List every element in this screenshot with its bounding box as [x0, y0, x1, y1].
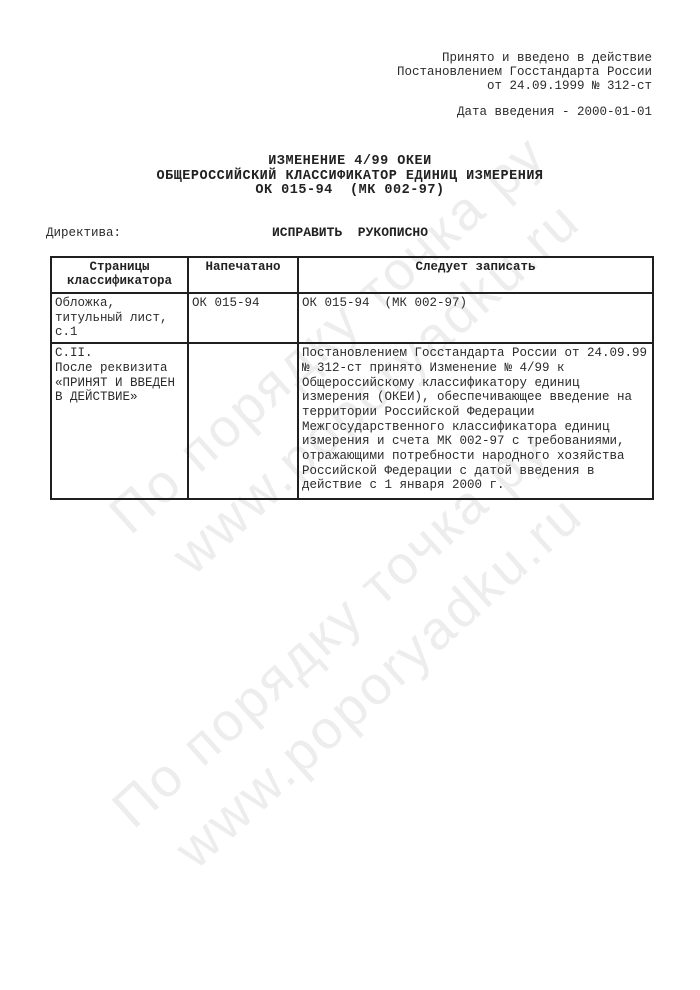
table-row: С.II. После реквизита «ПРИНЯТ И ВВЕДЕН В…	[51, 343, 653, 499]
cell-should-write: ОК 015-94 (МК 002-97)	[298, 293, 653, 343]
cell-should-write: Постановлением Госстандарта России от 24…	[298, 343, 653, 499]
acceptance-note: Принято и введено в действие Постановлен…	[397, 51, 652, 93]
table-header-should-write: Следует записать	[298, 257, 653, 293]
cell-printed	[188, 343, 298, 499]
directive-value: ИСПРАВИТЬ РУКОПИСНО	[0, 226, 700, 240]
table-row: Обложка, титульный лист, с.1 ОК 015-94 О…	[51, 293, 653, 343]
directive-row: Директива: ИСПРАВИТЬ РУКОПИСНО	[0, 226, 700, 242]
document-page: По порядку точка ру www.poporyadku.ru По…	[0, 0, 700, 990]
cell-printed: ОК 015-94	[188, 293, 298, 343]
cell-pages: С.II. После реквизита «ПРИНЯТ И ВВЕДЕН В…	[51, 343, 188, 499]
amendment-table: Страницы классификатора Напечатано Следу…	[50, 256, 654, 500]
cell-pages: Обложка, титульный лист, с.1	[51, 293, 188, 343]
document-title: ИЗМЕНЕНИЕ 4/99 ОКЕИ ОБЩЕРОССИЙСКИЙ КЛАСС…	[0, 155, 700, 199]
table-header-printed: Напечатано	[188, 257, 298, 293]
document-content: Принято и введено в действие Постановлен…	[0, 0, 700, 990]
table-header-row: Страницы классификатора Напечатано Следу…	[51, 257, 653, 293]
table-header-pages: Страницы классификатора	[51, 257, 188, 293]
introduction-date: Дата введения - 2000-01-01	[457, 105, 652, 119]
